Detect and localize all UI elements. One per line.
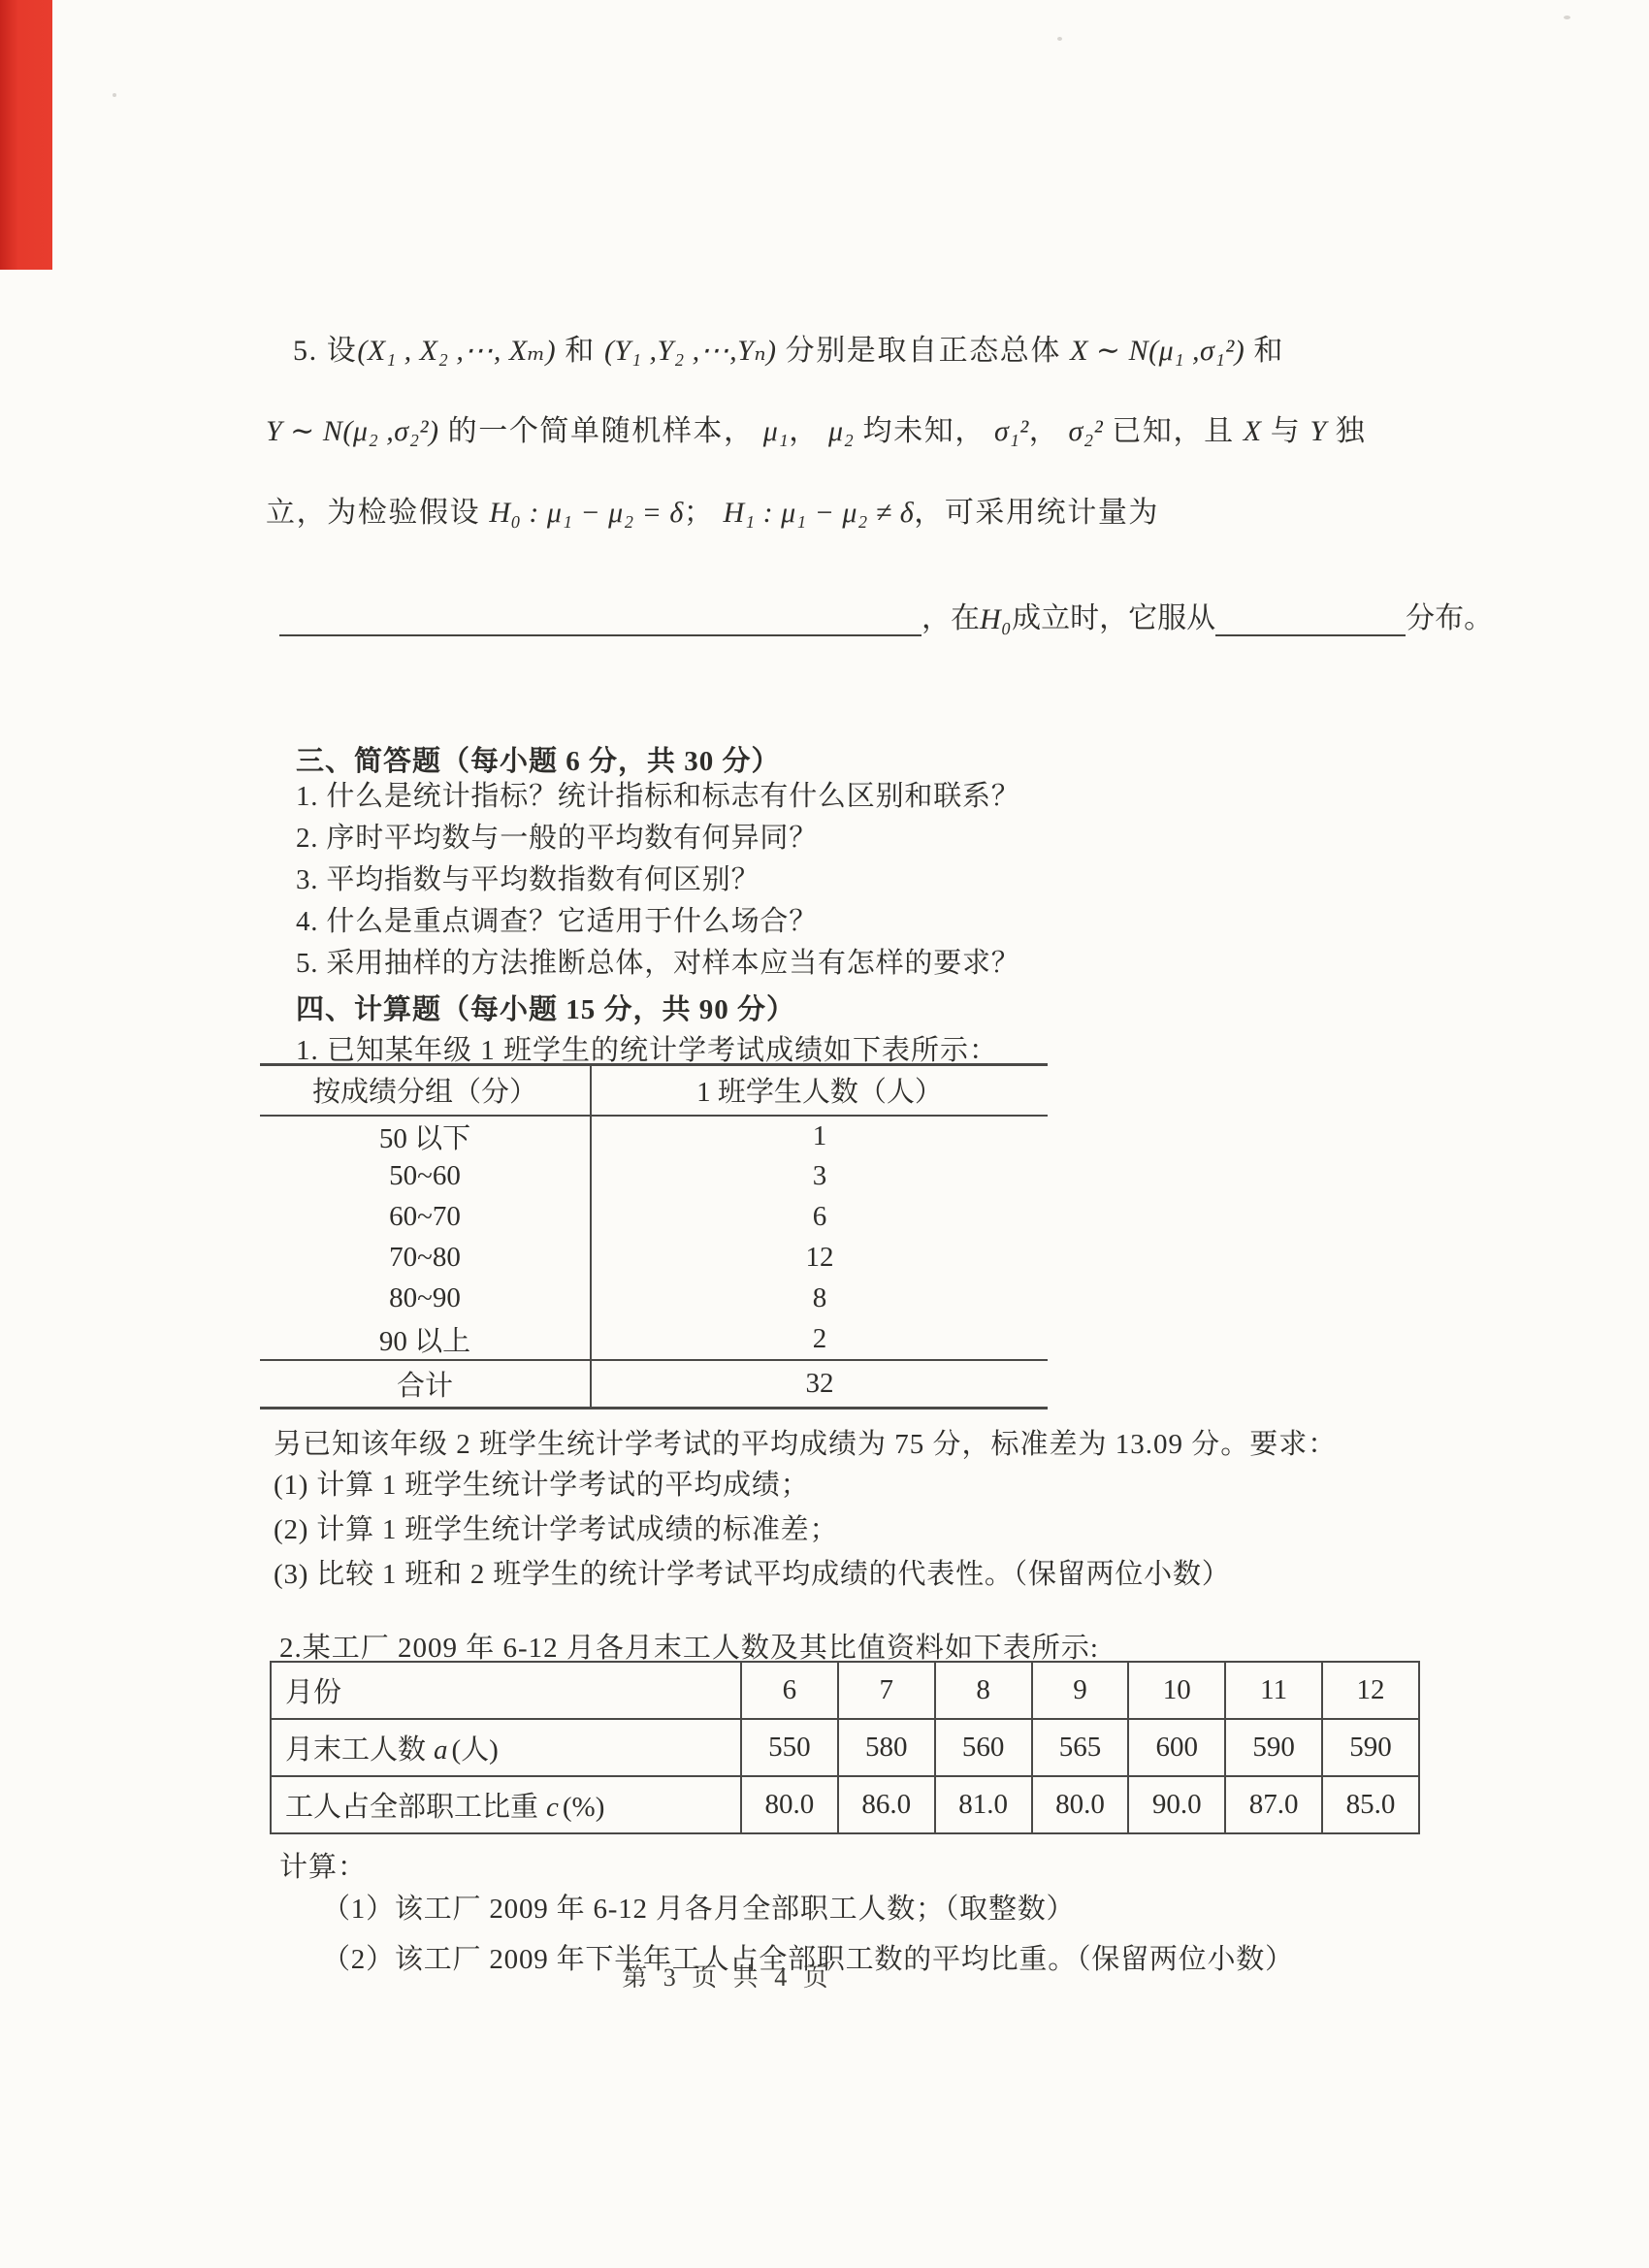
q2-intro: 2.某工厂 2009 年 6-12 月各月末工人数及其比值资料如下表所示: xyxy=(279,1626,1099,1666)
q1-part: (3) 比较 1 班和 2 班学生的统计学考试平均成绩的代表性。（保留两位小数） xyxy=(274,1552,1231,1597)
text-run: 和 xyxy=(1245,335,1284,367)
text-run: ，在 xyxy=(921,594,980,636)
math-run: H₁ : μ₁ − μ₂ ≠ δ xyxy=(724,497,915,529)
grade-group-cell: 80~90 xyxy=(260,1279,591,1319)
workers-cell: 590 xyxy=(1322,1719,1419,1776)
months-row: 月份 6 7 8 9 10 11 12 xyxy=(271,1662,1419,1719)
ratio-row: 工人占全部职工比重c(%) 80.0 86.0 81.0 80.0 90.0 8… xyxy=(271,1776,1419,1833)
q1-part: (2) 计算 1 班学生统计学考试成绩的标准差； xyxy=(274,1507,1231,1552)
count-cell: 1 xyxy=(591,1116,1048,1156)
section3-heading: 三、简答题（每小题 6 分，共 30 分） xyxy=(296,739,781,779)
month-cell: 8 xyxy=(935,1662,1032,1719)
count-cell: 12 xyxy=(591,1238,1048,1279)
math-run: H₀ : μ₁ − μ₂ = δ xyxy=(489,497,684,529)
variable-a: a xyxy=(434,1734,448,1766)
math-run: X ∼ N(μ₁ ,σ₁²) xyxy=(1070,335,1245,367)
workers-cell: 550 xyxy=(741,1719,838,1776)
table-total-row: 合计32 xyxy=(260,1360,1048,1409)
ratio-cell: 80.0 xyxy=(741,1776,838,1833)
math-run: μ₂ xyxy=(828,415,855,447)
month-cell: 10 xyxy=(1128,1662,1225,1719)
short-answer-item: 2. 序时平均数与一般的平均数有何异同？ xyxy=(296,818,1020,859)
row-label-month: 月份 xyxy=(271,1662,741,1719)
column-header-group: 按成绩分组（分） xyxy=(260,1065,591,1116)
question5-blank-line: ，在 H₀ 成立时，它服从分布。 xyxy=(279,594,1493,636)
total-value-cell: 32 xyxy=(591,1360,1048,1409)
total-label-cell: 合计 xyxy=(260,1360,591,1409)
month-cell: 12 xyxy=(1322,1662,1419,1719)
math-run: Y ∼ N(μ₂ ,σ₂²) xyxy=(266,415,439,447)
q1-parts: (1) 计算 1 班学生统计学考试的平均成绩； (2) 计算 1 班学生统计学考… xyxy=(274,1463,1231,1597)
short-answer-item: 3. 平均指数与平均数指数有何区别？ xyxy=(296,859,1020,901)
workers-cell: 580 xyxy=(838,1719,935,1776)
ratio-cell: 80.0 xyxy=(1032,1776,1129,1833)
ratio-cell: 90.0 xyxy=(1128,1776,1225,1833)
q1-part: (1) 计算 1 班学生统计学考试的平均成绩； xyxy=(274,1463,1231,1507)
table-row: 50 以下1 xyxy=(260,1116,1048,1156)
label-unit: (%) xyxy=(563,1792,604,1823)
month-cell: 9 xyxy=(1032,1662,1129,1719)
table-row: 60~706 xyxy=(260,1197,1048,1238)
q1-note: 另已知该年级 2 班学生统计学考试的平均成绩为 75 分，标准差为 13.09 … xyxy=(274,1422,1337,1462)
workers-cell: 600 xyxy=(1128,1719,1225,1776)
factory-workers-table: 月份 6 7 8 9 10 11 12 月末工人数a(人) 550 580 56… xyxy=(270,1661,1420,1834)
label-unit: (人) xyxy=(452,1734,499,1766)
question5-line2: Y ∼ N(μ₂ ,σ₂²) 的一个简单随机样本， μ₁， μ₂ 均未知， σ₁… xyxy=(266,406,1366,449)
ratio-cell: 81.0 xyxy=(935,1776,1032,1833)
column-header-count: 1 班学生人数（人） xyxy=(591,1065,1048,1116)
grade-group-cell: 50~60 xyxy=(260,1156,591,1197)
month-cell: 7 xyxy=(838,1662,935,1719)
q2-compute-label: 计算： xyxy=(279,1845,367,1885)
workers-cell: 560 xyxy=(935,1719,1032,1776)
short-answer-item: 4. 什么是重点调查？它适用于什么场合？ xyxy=(296,901,1020,943)
text-run: ， xyxy=(789,415,828,447)
table-header-row: 按成绩分组（分） 1 班学生人数（人） xyxy=(260,1065,1048,1116)
q1-intro: 1. 已知某年级 1 班学生的统计学考试成绩如下表所示： xyxy=(296,1028,998,1068)
math-run: σ₂² xyxy=(1068,415,1103,447)
math-run: Y xyxy=(1309,415,1326,447)
text-run: 5. 设 xyxy=(293,335,357,367)
workers-cell: 590 xyxy=(1225,1719,1322,1776)
count-cell: 8 xyxy=(591,1279,1048,1319)
math-run: X xyxy=(1244,415,1262,447)
ratio-cell: 87.0 xyxy=(1225,1776,1322,1833)
section3-items: 1. 什么是统计指标？统计指标和标志有什么区别和联系？ 2. 序时平均数与一般的… xyxy=(296,776,1020,985)
workers-cell: 565 xyxy=(1032,1719,1129,1776)
ratio-cell: 85.0 xyxy=(1322,1776,1419,1833)
question5-line3: 立，为检验假设 H₀ : μ₁ − μ₂ = δ； H₁ : μ₁ − μ₂ ≠… xyxy=(266,488,1159,531)
text-run: 和 xyxy=(556,335,604,367)
count-cell: 2 xyxy=(591,1319,1048,1360)
grade-distribution-table: 按成绩分组（分） 1 班学生人数（人） 50 以下1 50~603 60~706… xyxy=(260,1063,1048,1409)
grade-group-cell: 90 以上 xyxy=(260,1319,591,1360)
math-run: σ₁² xyxy=(994,415,1029,447)
math-run: μ₁ xyxy=(763,415,790,447)
text-run: ，可采用统计量为 xyxy=(914,497,1159,529)
answer-blank-distribution xyxy=(1215,627,1406,636)
q2-part: （1）该工厂 2009 年 6-12 月各月全部职工人数；（取整数） xyxy=(322,1884,1294,1934)
text-run: 成立时，它服从 xyxy=(1012,594,1215,636)
text-run: 立，为检验假设 xyxy=(266,497,489,529)
math-run: (Y₁ ,Y₂ ,⋯,Yₙ) xyxy=(604,335,777,367)
scan-noise xyxy=(113,93,116,97)
answer-blank-statistic xyxy=(279,627,921,636)
ratio-cell: 86.0 xyxy=(838,1776,935,1833)
text-run: 已知，且 xyxy=(1103,415,1244,447)
red-bookmark-strip xyxy=(0,0,52,270)
math-run: (X₁ , X₂ ,⋯, Xₘ) xyxy=(357,335,556,367)
row-label-ratio: 工人占全部职工比重c(%) xyxy=(271,1776,741,1833)
text-run: 与 xyxy=(1262,415,1310,447)
count-cell: 3 xyxy=(591,1156,1048,1197)
scan-noise xyxy=(1057,37,1062,41)
grade-group-cell: 60~70 xyxy=(260,1197,591,1238)
table-row: 80~908 xyxy=(260,1279,1048,1319)
month-cell: 11 xyxy=(1225,1662,1322,1719)
workers-row: 月末工人数a(人) 550 580 560 565 600 590 590 xyxy=(271,1719,1419,1776)
row-label-workers: 月末工人数a(人) xyxy=(271,1719,741,1776)
short-answer-item: 1. 什么是统计指标？统计指标和标志有什么区别和联系？ xyxy=(296,776,1020,818)
text-run: 独 xyxy=(1327,415,1367,447)
label-text: 月末工人数 xyxy=(285,1734,426,1766)
text-run: 分布。 xyxy=(1406,594,1493,636)
section4-heading: 四、计算题（每小题 15 分，共 90 分） xyxy=(296,988,795,1027)
question5-line1: 5. 设(X₁ , X₂ ,⋯, Xₘ) 和 (Y₁ ,Y₂ ,⋯,Yₙ) 分别… xyxy=(293,326,1284,369)
label-text: 工人占全部职工比重 xyxy=(285,1792,538,1823)
math-run: H₀ xyxy=(980,603,1012,636)
table-row: 50~603 xyxy=(260,1156,1048,1197)
page-footer: 第 3 页 共 4 页 xyxy=(543,1958,912,1993)
scanned-exam-page: 5. 设(X₁ , X₂ ,⋯, Xₘ) 和 (Y₁ ,Y₂ ,⋯,Yₙ) 分别… xyxy=(0,0,1649,2268)
text-run: 均未知， xyxy=(854,415,994,447)
variable-c: c xyxy=(546,1792,559,1823)
table-row: 90 以上2 xyxy=(260,1319,1048,1360)
grade-group-cell: 70~80 xyxy=(260,1238,591,1279)
scan-noise xyxy=(1564,16,1570,19)
grade-group-cell: 50 以下 xyxy=(260,1116,591,1156)
text-run: ， xyxy=(1029,415,1069,447)
text-run: 分别是取自正态总体 xyxy=(777,335,1071,367)
count-cell: 6 xyxy=(591,1197,1048,1238)
text-run: ； xyxy=(684,497,724,529)
short-answer-item: 5. 采用抽样的方法推断总体，对样本应当有怎样的要求？ xyxy=(296,943,1020,985)
text-run: 的一个简单随机样本， xyxy=(439,415,763,447)
month-cell: 6 xyxy=(741,1662,838,1719)
table-row: 70~8012 xyxy=(260,1238,1048,1279)
